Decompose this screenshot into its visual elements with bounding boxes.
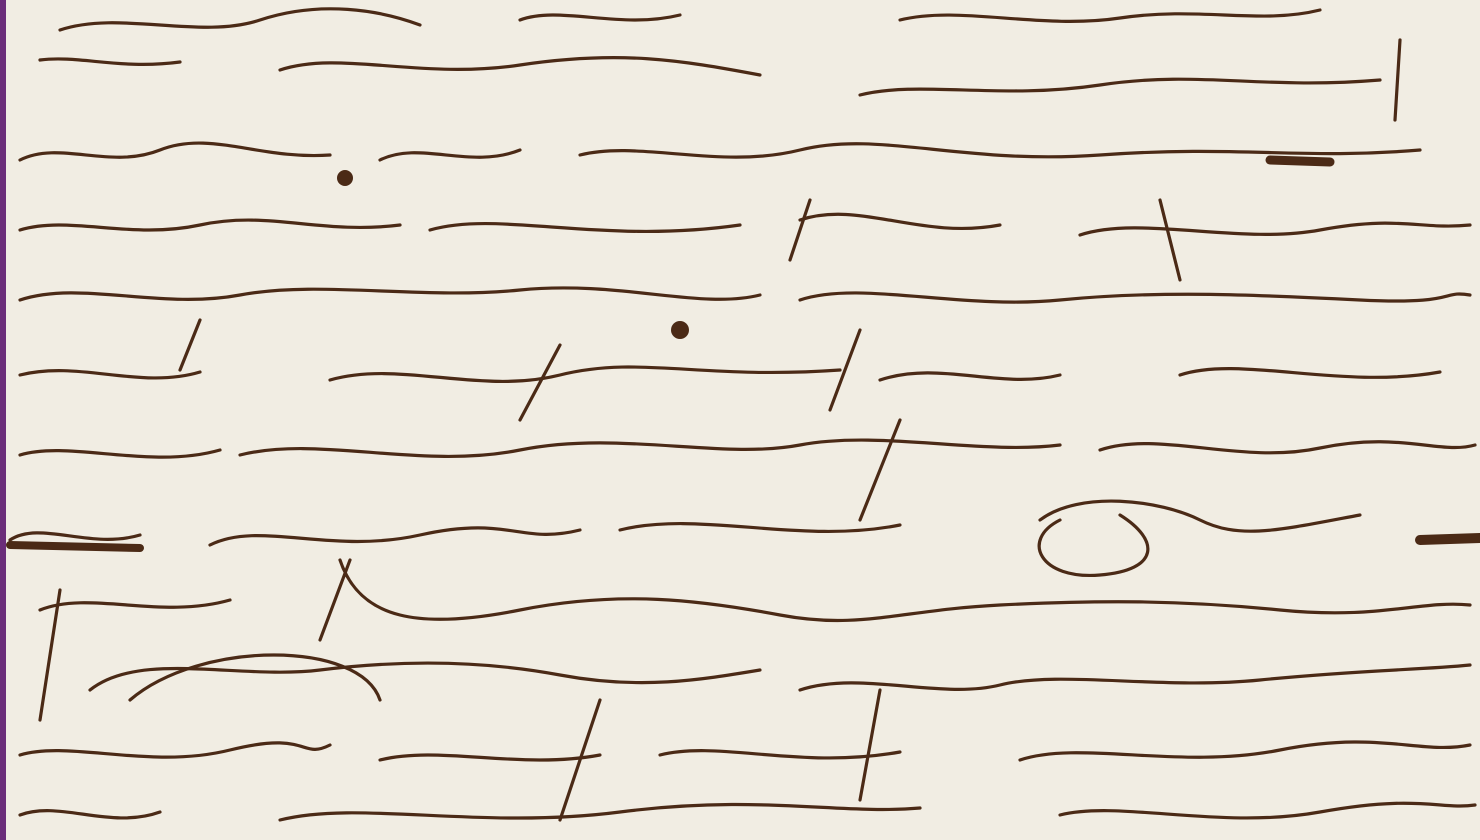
manuscript-line: ... ... ter ... [20, 468, 1480, 520]
manuscript-line: voorseid. als ... der ... heer [20, 104, 1480, 156]
manuscript-line: ... gevonden ... op ... [20, 260, 1480, 312]
manuscript-line: ... alle ... ter ... [20, 312, 1480, 364]
manuscript-line: ... veroorsaect ... [20, 208, 1480, 260]
manuscript-line: ... ... alle ... [20, 416, 1480, 468]
manuscript-line: ter Had ages maeted ... alle ... [20, 156, 1480, 208]
manuscript-line: om dy ... de ... gehad [20, 52, 1480, 104]
manuscript-line: ... ... ... [20, 364, 1480, 416]
transcription-lines: ... geschreven ... alle ... om dy ... de… [20, 0, 1480, 624]
manuscript-line: ... geschreven ... alle ... [20, 0, 1480, 52]
manuscript-line: ... ... ... [20, 572, 1480, 624]
manuscript-line: voorwer van ter ... [20, 520, 1480, 572]
